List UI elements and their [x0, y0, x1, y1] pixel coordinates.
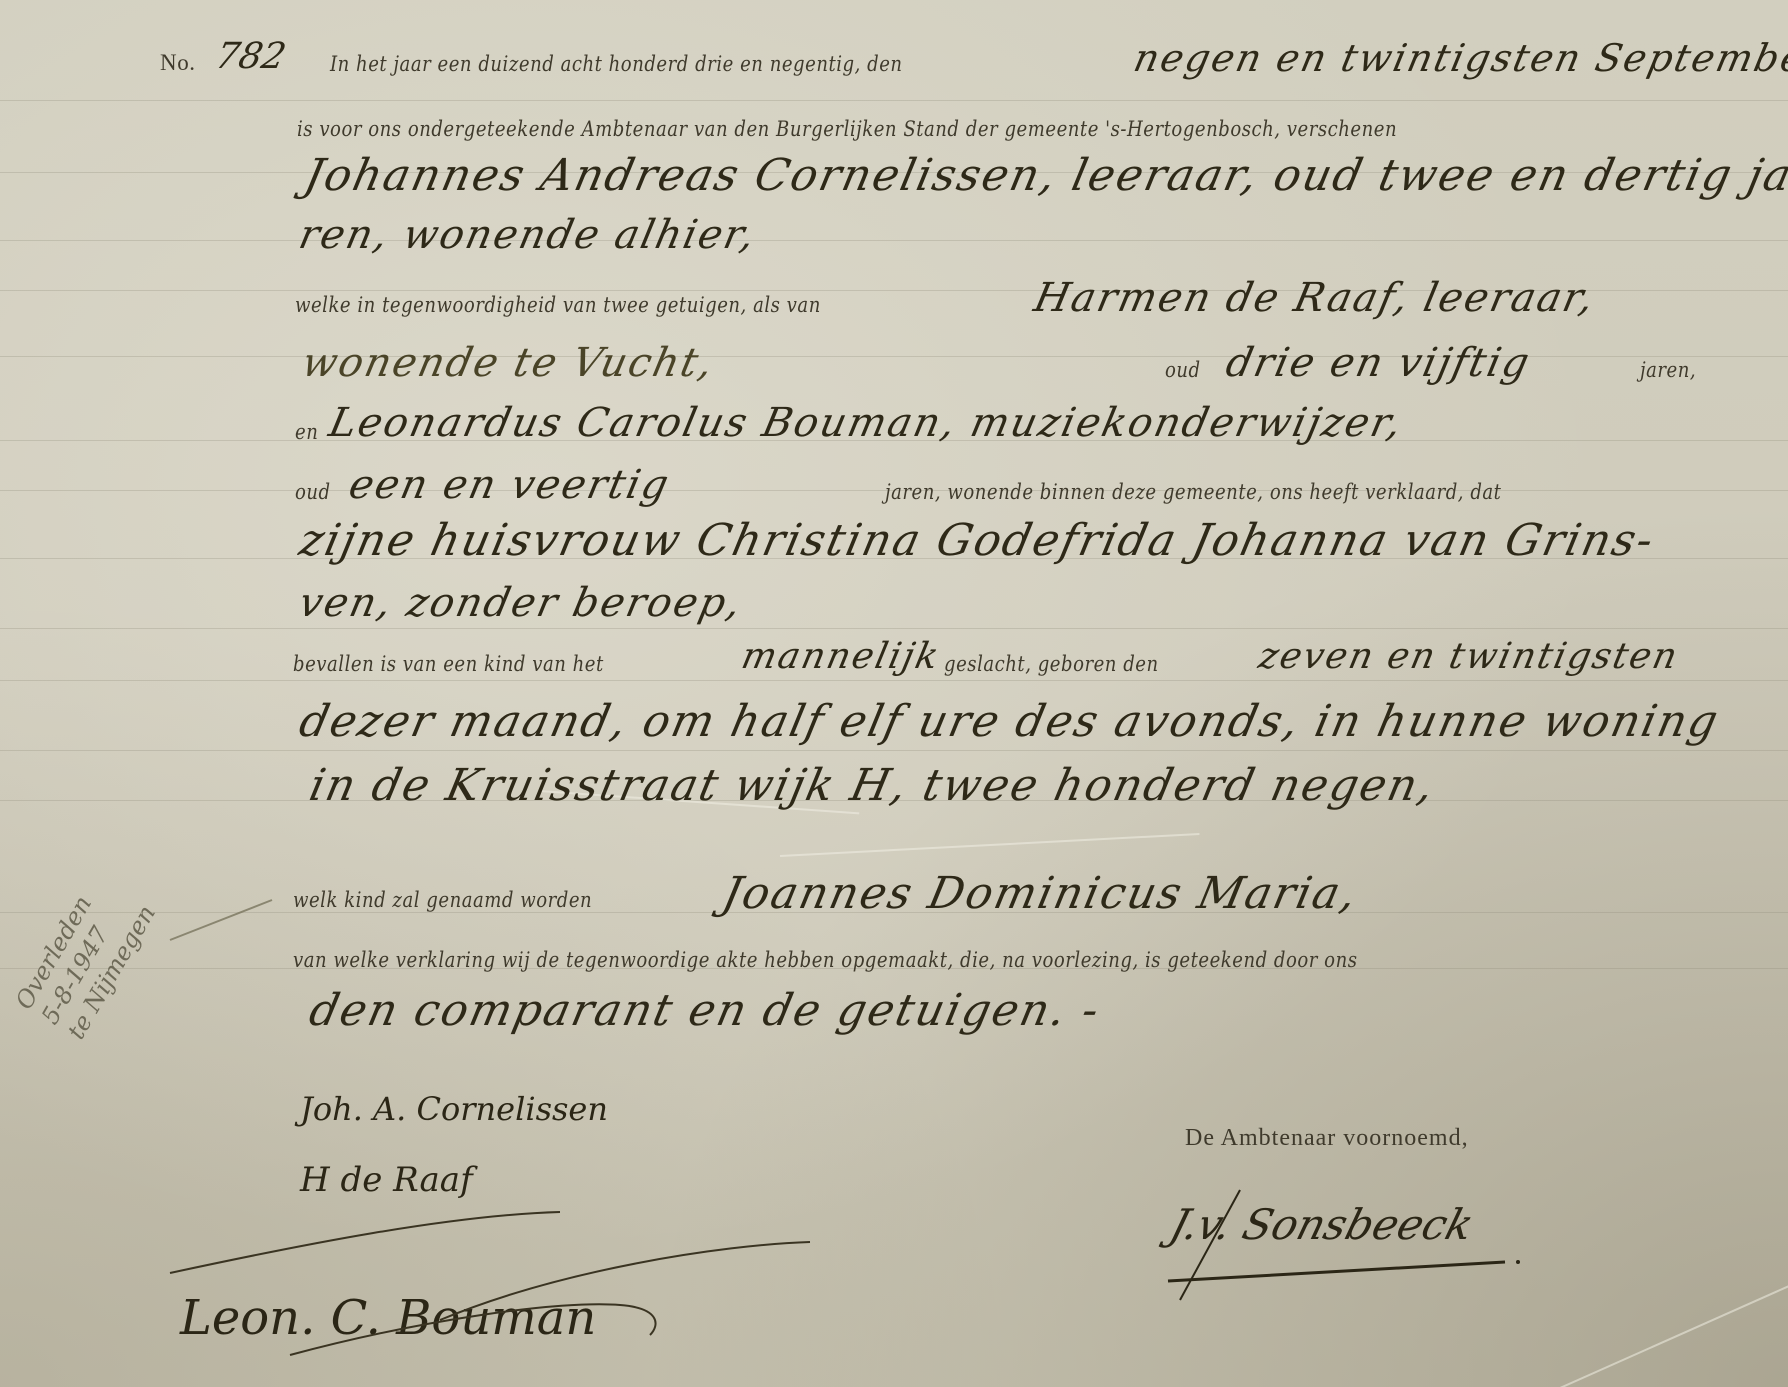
document-page: No. 782 In het jaar een duizend acht hon… [0, 0, 1788, 1387]
official-underline [0, 0, 1788, 1387]
